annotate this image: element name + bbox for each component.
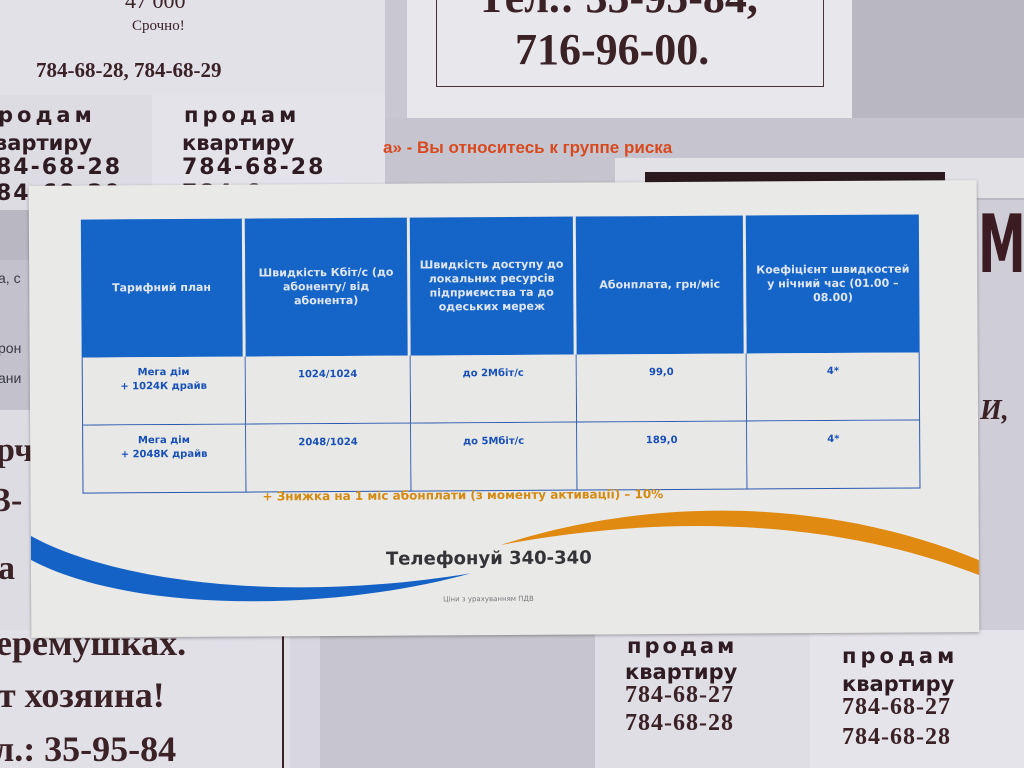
notice-urgent: Срочно! — [132, 18, 185, 35]
notice-line: 84-68-28 — [0, 155, 122, 180]
notice-line: рон — [0, 340, 21, 356]
table-row: Мега дім + 1024К драйв 1024/1024 до 2Мбі… — [82, 352, 920, 425]
notice-line: продам — [842, 644, 958, 668]
divider — [282, 632, 284, 768]
notice-line: 3- — [0, 482, 22, 520]
cell-night-coef: 4* — [747, 352, 920, 421]
notice-line: а, с — [0, 270, 21, 286]
notice-bottom-r1: продам квартиру 784-68-27 784-68-28 — [595, 630, 810, 768]
cell-local-speed: до 2Мбіт/с — [411, 355, 577, 424]
cell-plan: Мега дім + 2048К драйв — [82, 425, 246, 494]
notice-line: 784-68-27 — [625, 682, 734, 709]
notice-line: рч — [0, 432, 33, 470]
red-banner-text: а» - Вы относитесь к группе риска — [383, 138, 672, 158]
notice-line: л.: 35-95-84 — [0, 728, 176, 768]
paper-strip — [290, 630, 320, 768]
notice-line: продам — [627, 634, 737, 658]
notice-phones: 784-68-28, 784-68-29 — [36, 58, 221, 83]
notice-phone-line1: Тел.: 35-95-84, — [477, 0, 758, 23]
notice-bottom-r2: продам квартиру 784-68-27 784-68-28 — [810, 630, 1024, 768]
notice-line: квартиру — [182, 131, 294, 155]
header-speed: Швидкість Кбіт/с (до абоненту/ від абоне… — [244, 218, 410, 357]
cell-fee: 99,0 — [576, 354, 747, 423]
notice-line: продам — [184, 103, 300, 127]
notice-line: 784-68-28 — [842, 724, 951, 751]
tariff-flyer: Тарифний план Швидкість Кбіт/с (до абоне… — [29, 180, 980, 638]
cell-plan: Мега дім + 1024К драйв — [82, 357, 246, 426]
plan-addon: + 1024К драйв — [84, 380, 244, 395]
cell-fee: 189,0 — [577, 422, 748, 491]
notice-line: квартиру — [842, 672, 954, 696]
notice-top-left: 47 000 Срочно! 784-68-28, 784-68-29 — [0, 0, 385, 110]
notice-top-right: Тел.: 35-95-84, 716-96-00. — [407, 0, 852, 118]
notice-line: т хозяина! — [0, 674, 165, 716]
plan-name: Мега дім — [84, 366, 244, 381]
plan-addon: + 2048К драйв — [84, 448, 244, 463]
call-to-action: Телефонуй 340-340 — [386, 547, 592, 569]
header-fee: Абонплата, грн/міс — [576, 216, 747, 355]
notice-line: родам — [0, 103, 96, 127]
header-local-speed: Швидкість доступу до локальних ресурсів … — [410, 217, 576, 356]
header-night-coef: Коефіцієнт швидкостей у нічний час (01.0… — [746, 214, 919, 353]
paper-blank — [320, 630, 595, 768]
cell-speed: 1024/1024 — [245, 356, 411, 425]
header-plan: Тарифний план — [81, 219, 245, 358]
vat-note: Ціни з урахуванням ПДВ — [443, 595, 534, 604]
notice-line: 784-68-27 — [842, 694, 951, 721]
cell-night-coef: 4* — [747, 420, 920, 489]
notice-line: И, — [980, 395, 1009, 427]
notice-line: 784-68-28 — [182, 155, 325, 180]
notice-bottom-left: еремушках. т хозяина! л.: 35-95-84 — [0, 630, 290, 768]
cell-speed: 2048/1024 — [246, 424, 412, 493]
table-header-row: Тарифний план Швидкість Кбіт/с (до абоне… — [81, 214, 920, 357]
notice-phone-line2: 716-96-00. — [515, 24, 709, 75]
cell-local-speed: до 5Мбіт/с — [411, 423, 577, 492]
notice-price: 47 000 — [125, 0, 186, 14]
notice-line: М — [978, 198, 1024, 291]
notice-line: 784-68-28 — [625, 710, 734, 737]
notice-line: ани — [0, 370, 21, 386]
discount-note: + Знижка на 1 міс абонплати (з моменту а… — [262, 487, 663, 503]
tariff-table: Тарифний план Швидкість Кбіт/с (до абоне… — [81, 214, 921, 493]
notice-line: квартиру — [625, 660, 737, 684]
notice-line: а — [0, 550, 15, 588]
notice-line: вартиру — [0, 131, 92, 155]
plan-name: Мега дім — [84, 434, 244, 449]
